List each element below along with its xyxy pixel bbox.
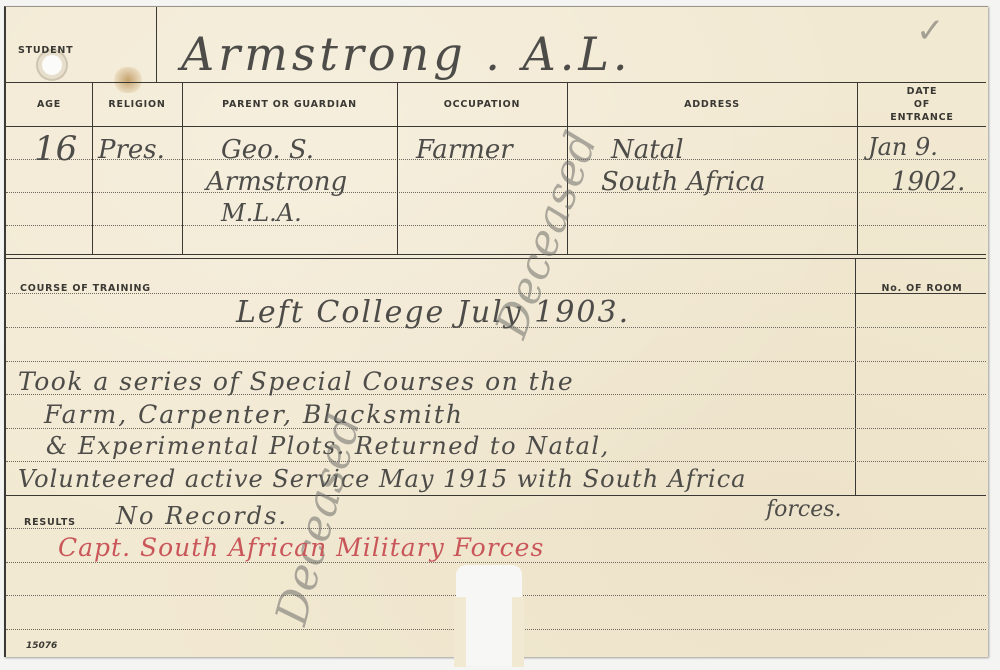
divider (182, 82, 183, 255)
label-occupation: OCCUPATION (397, 99, 567, 110)
label-date-3: ENTRANCE (857, 112, 987, 123)
label-parent: PARENT OR GUARDIAN (182, 99, 397, 110)
parent-line-1: Geo. S. (221, 135, 314, 165)
label-age: AGE (6, 99, 92, 110)
student-record-card: ✓ STUDENT Armstrong . A.L. AGE RELIGION … (4, 6, 988, 657)
checkmark-icon: ✓ (916, 11, 945, 51)
label-date-2: OF (857, 99, 987, 110)
parent-line-3: M.L.A. (221, 199, 302, 227)
parent-line-2: Armstrong (206, 167, 347, 197)
rule (6, 126, 986, 127)
course-line-1: Left College July 1903. (236, 295, 630, 330)
course-line-2: Took a series of Special Courses on the (18, 367, 574, 396)
label-address: ADDRESS (567, 99, 857, 110)
address-line-1: Natal (611, 135, 684, 165)
date-line-1: Jan 9. (868, 133, 938, 161)
student-name: Armstrong . A.L. (181, 27, 632, 81)
dotted-rule (6, 225, 986, 226)
label-student: STUDENT (18, 45, 73, 56)
course-line-5: Volunteered active Service May 1915 with… (18, 465, 746, 493)
label-religion: RELIGION (92, 99, 182, 110)
label-results: RESULTS (24, 517, 76, 528)
occupation-value: Farmer (416, 135, 513, 165)
divider (92, 82, 93, 255)
rule (6, 495, 986, 496)
dotted-rule (6, 361, 986, 362)
rule (6, 254, 986, 255)
stain-mark (114, 67, 142, 93)
results-red-line: Capt. South African Military Forces (58, 533, 544, 562)
card-notch (456, 565, 522, 665)
course-line-3: Farm, Carpenter, Blacksmith (44, 400, 464, 429)
rule (855, 293, 986, 294)
divider (397, 82, 398, 255)
age-value: 16 (34, 129, 77, 169)
dotted-rule (6, 461, 986, 462)
divider (857, 82, 858, 255)
religion-value: Pres. (98, 135, 165, 165)
dotted-rule (6, 528, 986, 529)
punch-hole (42, 55, 62, 75)
course-line-6: forces. (766, 497, 842, 522)
divider (156, 7, 157, 82)
address-line-2: South Africa (601, 167, 765, 197)
results-line-1: No Records. (116, 502, 288, 530)
dotted-rule (6, 293, 855, 294)
date-line-2: 1902. (891, 167, 965, 197)
dotted-rule (6, 192, 986, 193)
dotted-rule (6, 562, 986, 563)
form-number: 15076 (26, 641, 57, 651)
rule (6, 258, 986, 259)
label-date-1: DATE (857, 86, 987, 97)
rule (6, 82, 986, 83)
